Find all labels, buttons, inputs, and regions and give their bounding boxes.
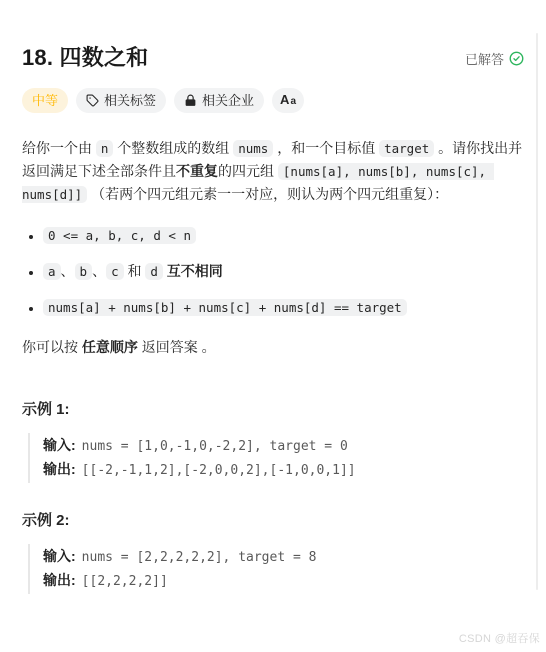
problem-name: 四数之和: [60, 45, 149, 70]
example-2-block: 输入:nums = [2,2,2,2,2], target = 8 输出:[[2…: [28, 544, 524, 594]
text-segment: 返回答案 。: [138, 339, 216, 355]
text-segment: 个整数组成的数组: [113, 140, 233, 156]
conditions-list: 0 <= a, b, c, d < n a、b、c 和 d 互不相同 nums[…: [22, 224, 524, 319]
text-segment: 互不相同: [167, 263, 223, 279]
tag-icon: [86, 94, 99, 107]
font-size-button[interactable]: Aa: [272, 88, 304, 113]
related-tags-label: 相关标签: [104, 88, 156, 113]
title-row: 18. 四数之和 已解答: [22, 44, 524, 72]
inline-code: c: [106, 263, 124, 280]
inline-code: 0 <= a, b, c, d < n: [43, 227, 196, 244]
input-value: nums = [1,0,-1,0,-2,2], target = 0: [82, 439, 348, 454]
example-2-output: 输出:[[2,2,2,2]]: [43, 569, 524, 593]
related-tags-button[interactable]: 相关标签: [76, 88, 166, 113]
output-value: [[2,2,2,2]]: [82, 574, 168, 589]
problem-description: 给你一个由 n 个整数组成的数组 nums ，和一个目标值 target 。请你…: [22, 137, 524, 206]
check-circle-icon: [509, 51, 524, 66]
page-title: 18. 四数之和: [22, 44, 148, 72]
inline-code: d: [145, 263, 163, 280]
text-segment: 你可以按: [22, 339, 82, 355]
font-size-icon: Aa: [280, 87, 296, 114]
text-segment: （若两个四元组元素一一对应，则认为两个四元组重复）：: [87, 186, 448, 202]
input-label: 输入:: [43, 548, 76, 564]
problem-panel: 18. 四数之和 已解答 中等 相关标签: [0, 0, 546, 652]
inline-code: n: [96, 140, 114, 157]
text-segment: 不重复: [176, 163, 218, 179]
inline-code: nums: [233, 140, 273, 157]
text-segment: 的四元组: [218, 163, 278, 179]
related-companies-label: 相关企业: [202, 88, 254, 113]
watermark: CSDN @超吞保: [459, 630, 540, 646]
text-segment: 、: [92, 263, 106, 279]
input-value: nums = [2,2,2,2,2], target = 8: [82, 550, 317, 565]
output-label: 输出:: [43, 572, 76, 588]
condition-item-1: 0 <= a, b, c, d < n: [43, 224, 524, 247]
solved-status: 已解答: [465, 49, 524, 68]
difficulty-badge[interactable]: 中等: [22, 88, 68, 113]
difficulty-label: 中等: [32, 88, 58, 113]
inline-code: a: [43, 263, 61, 280]
related-companies-button[interactable]: 相关企业: [174, 88, 264, 113]
inline-code: b: [75, 263, 93, 280]
solved-label: 已解答: [465, 49, 504, 68]
lock-icon: [184, 94, 197, 107]
example-1-input: 输入:nums = [1,0,-1,0,-2,2], target = 0: [43, 434, 524, 458]
example-2-input: 输入:nums = [2,2,2,2,2], target = 8: [43, 545, 524, 569]
text-segment: 和: [124, 263, 146, 279]
example-1-block: 输入:nums = [1,0,-1,0,-2,2], target = 0 输出…: [28, 433, 524, 483]
input-label: 输入:: [43, 437, 76, 453]
text-segment: ，和一个目标值: [273, 140, 379, 156]
output-value: [[-2,-1,1,2],[-2,0,0,2],[-1,0,0,1]]: [82, 463, 356, 478]
inline-code: nums[a] + nums[b] + nums[c] + nums[d] ==…: [43, 299, 407, 316]
example-2-heading: 示例 2:: [22, 509, 524, 530]
output-label: 输出:: [43, 461, 76, 477]
condition-item-2: a、b、c 和 d 互不相同: [43, 260, 524, 283]
scrollbar-track[interactable]: [536, 33, 538, 590]
text-segment: 、: [61, 263, 75, 279]
text-segment: 给你一个由: [22, 140, 96, 156]
text-segment: 任意顺序: [82, 339, 138, 355]
example-1-heading: 示例 1:: [22, 398, 524, 419]
example-1-output: 输出:[[-2,-1,1,2],[-2,0,0,2],[-1,0,0,1]]: [43, 458, 524, 482]
condition-item-3: nums[a] + nums[b] + nums[c] + nums[d] ==…: [43, 296, 524, 319]
tags-row: 中等 相关标签 相关企业 Aa: [22, 88, 524, 113]
problem-number: 18.: [22, 45, 53, 70]
inline-code: target: [379, 140, 434, 157]
answer-order-note: 你可以按 任意顺序 返回答案 。: [22, 336, 524, 358]
